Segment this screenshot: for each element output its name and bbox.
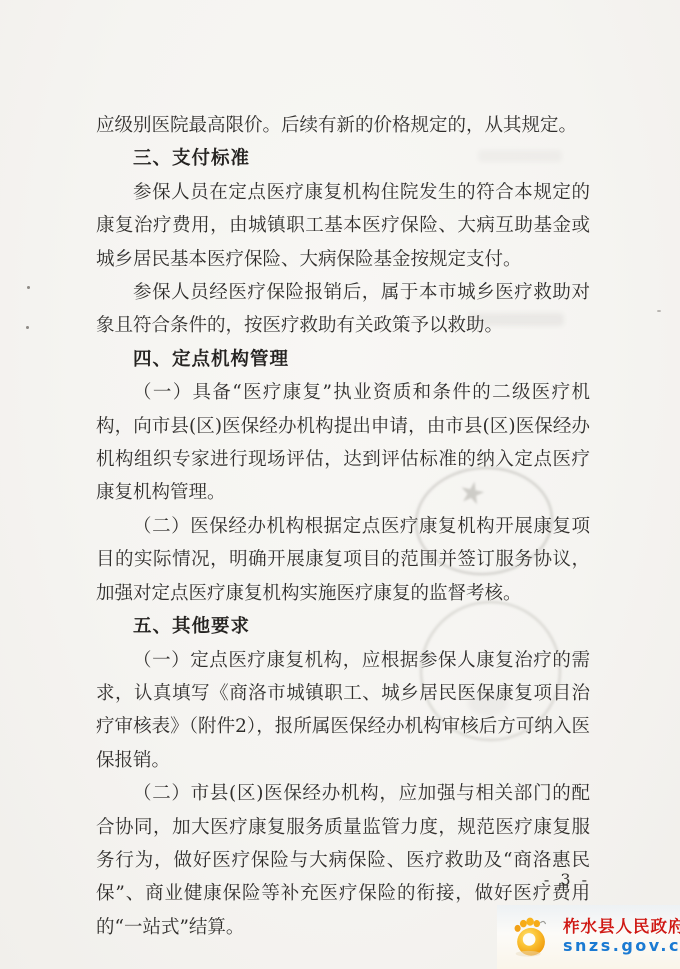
foot-logo-icon	[509, 914, 555, 960]
paragraph: 参保人员经医疗保险报销后，属于本市城乡医疗救助对象且符合条件的，按医疗救助有关政…	[96, 276, 590, 343]
section-heading-designated-institution-management: 四、定点机构管理	[96, 343, 590, 376]
scan-speck	[26, 326, 29, 329]
scan-speck	[657, 310, 661, 312]
paragraph: （二）医保经办机构根据定点医疗康复机构开展康复项目的实际情况，明确开展康复项目的…	[96, 510, 590, 610]
section-heading-payment-standard: 三、支付标准	[96, 142, 590, 175]
document-body: 应级别医院最高限价。后续有新的价格规定的，从其规定。 三、支付标准 参保人员在定…	[96, 109, 590, 944]
section-heading-other-requirements: 五、其他要求	[96, 610, 590, 643]
paragraph-continuation: 应级别医院最高限价。后续有新的价格规定的，从其规定。	[96, 109, 590, 142]
site-watermark: 柞水县人民政府 snzs.gov.cn	[497, 905, 680, 969]
watermark-text: 柞水县人民政府 snzs.gov.cn	[563, 918, 680, 955]
scan-speck	[27, 286, 30, 289]
paragraph: 参保人员在定点医疗康复机构住院发生的符合本规定的康复治疗费用，由城镇职工基本医疗…	[96, 176, 590, 276]
paragraph: （一）定点医疗康复机构，应根据参保人康复治疗的需求，认真填写《商洛市城镇职工、城…	[96, 644, 590, 778]
watermark-agency-name: 柞水县人民政府	[563, 918, 680, 937]
page-number: - 3 -	[544, 870, 590, 889]
paragraph: （一）具备“医疗康复”执业资质和条件的二级医疗机构，向市县(区)医保经办机构提出…	[96, 376, 590, 510]
watermark-site-url: snzs.gov.cn	[563, 937, 680, 955]
scanned-document-page: 应级别医院最高限价。后续有新的价格规定的，从其规定。 三、支付标准 参保人员在定…	[0, 0, 680, 969]
